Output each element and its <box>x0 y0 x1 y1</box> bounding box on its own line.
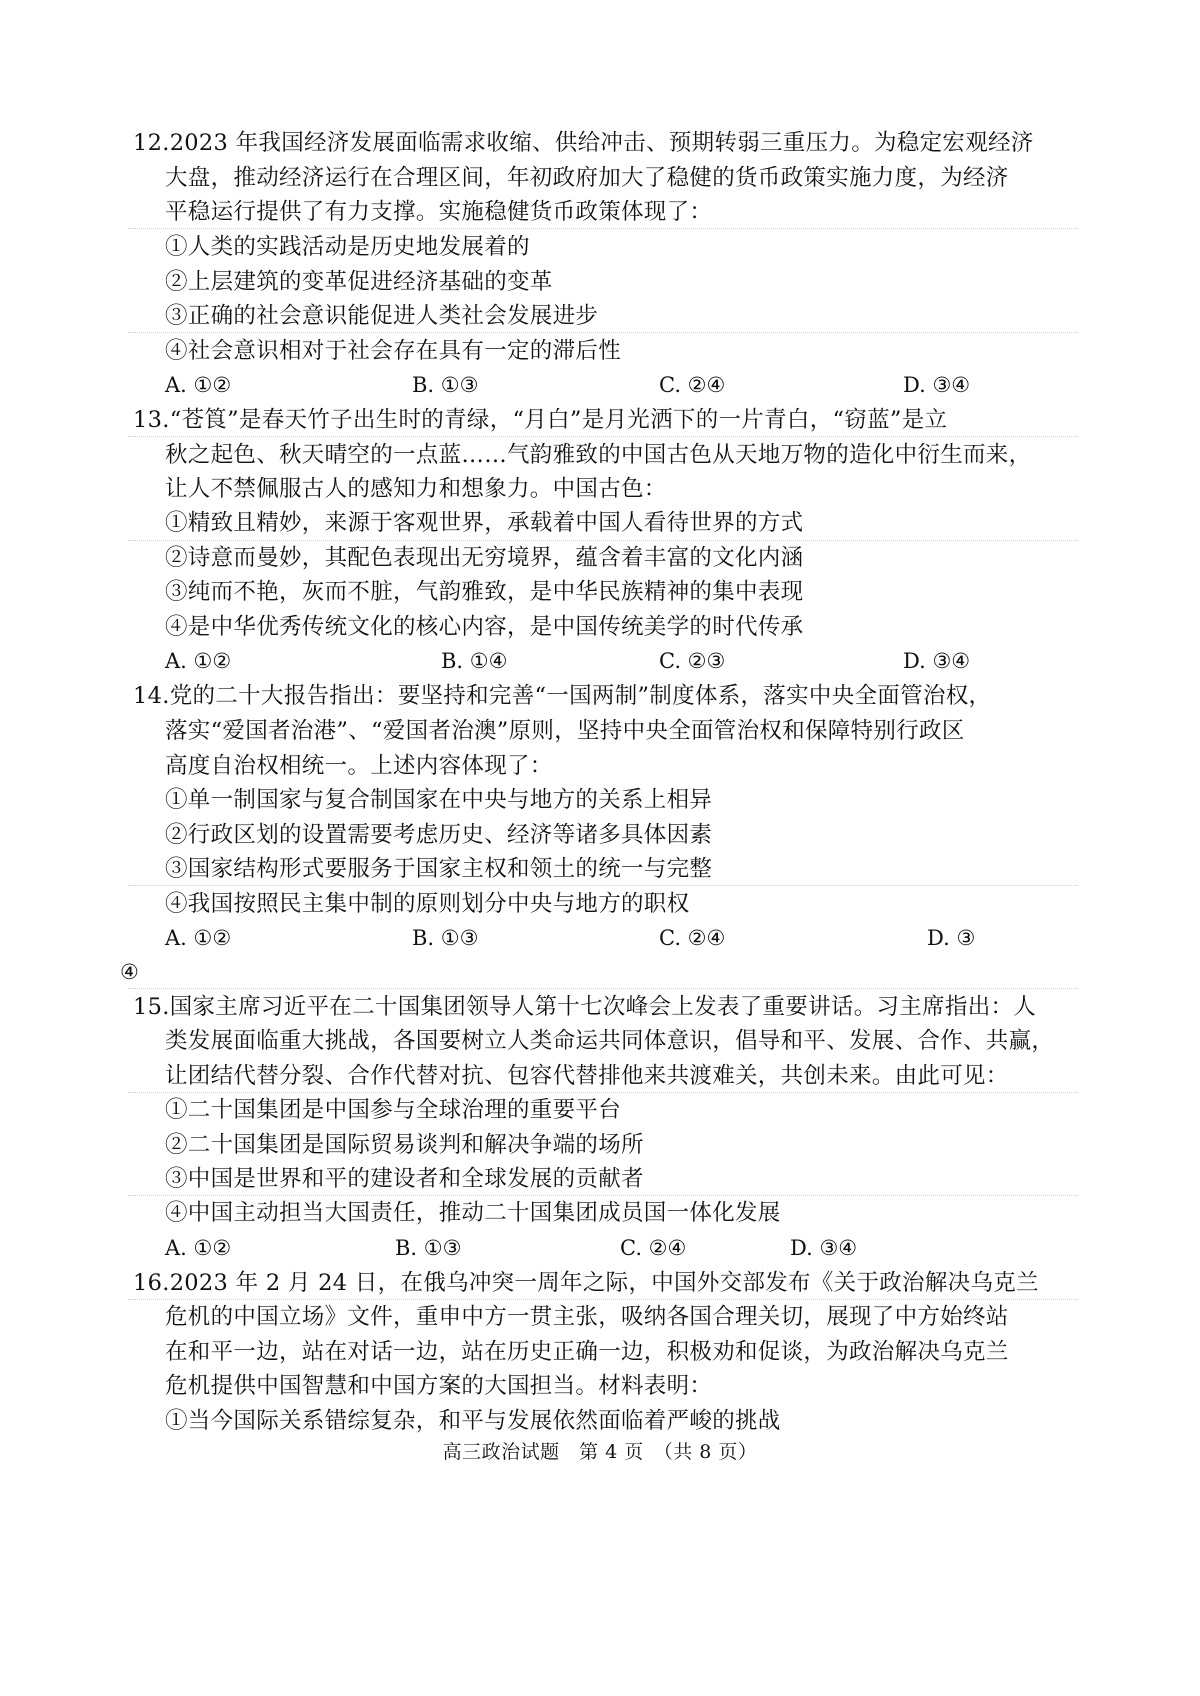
statement-4: ④是中华优秀传统文化的核心内容，是中国传统美学的时代传承 <box>165 612 803 642</box>
exam-page: 12.2023 年我国经济发展面临需求收缩、供给冲击、预期转弱三重压力。为稳定宏… <box>0 0 1200 1696</box>
choice-d[interactable]: D. ③④ <box>903 646 970 676</box>
statement-4: ④我国按照民主集中制的原则划分中央与地方的职权 <box>165 889 689 919</box>
statement-3: ③中国是世界和平的建设者和全球发展的贡献者 <box>165 1164 644 1194</box>
answer-choices: A. ①② B. ①③ C. ②④ D. ③④ <box>165 370 1075 400</box>
choice-a[interactable]: A. ①② <box>165 646 231 676</box>
statement-1: ①当今国际关系错综复杂，和平与发展依然面临着严峻的挑战 <box>165 1406 781 1436</box>
dotted-rule <box>128 988 1078 989</box>
question-16-stem-line-3: 在和平一边，站在对话一边，站在历史正确一边，积极劝和促谈，为政治解决乌克兰 <box>165 1337 1009 1367</box>
question-number: 15. <box>133 994 170 1020</box>
choice-c[interactable]: C. ②④ <box>620 1233 686 1263</box>
statement-1: ①二十国集团是中国参与全球治理的重要平台 <box>165 1095 621 1125</box>
choice-c[interactable]: C. ②③ <box>659 646 725 676</box>
question-12-stem-line-2: 大盘，推动经济运行在合理区间，年初政府加大了稳健的货币政策实施力度，为经济 <box>165 163 1009 193</box>
question-12-stem-line-1: 12.2023 年我国经济发展面临需求收缩、供给冲击、预期转弱三重压力。为稳定宏… <box>133 128 1034 158</box>
question-15-stem-line-3: 让团结代替分裂、合作代替对抗、包容代替排他来共渡难关，共创未来。由此可见： <box>165 1061 1009 1091</box>
answer-choices: A. ①② B. ①③ C. ②④ D. ③ <box>165 923 1075 953</box>
choice-a[interactable]: A. ①② <box>165 923 231 953</box>
statement-1: ①人类的实践活动是历史地发展着的 <box>165 232 530 262</box>
question-number: 13. <box>133 407 170 433</box>
choice-d-wrap: ④ <box>120 957 139 987</box>
question-16-stem-line-4: 危机提供中国智慧和中国方案的大国担当。材料表明： <box>165 1371 712 1401</box>
dotted-rule <box>128 540 1078 541</box>
dotted-rule <box>128 228 1078 229</box>
question-15-stem-line-2: 类发展面临重大挑战，各国要树立人类命运共同体意识，倡导和平、发展、合作、共赢， <box>165 1026 1054 1056</box>
question-number: 12. <box>133 130 170 156</box>
choice-c[interactable]: C. ②④ <box>659 923 725 953</box>
dotted-rule <box>128 1195 1078 1196</box>
statement-3: ③国家结构形式要服务于国家主权和领土的统一与完整 <box>165 854 712 884</box>
question-16-stem-line-2: 危机的中国立场》文件，重申中方一贯主张，吸纳各国合理关切，展现了中方始终站 <box>165 1302 1009 1332</box>
statement-3: ③正确的社会意识能促进人类社会发展进步 <box>165 301 598 331</box>
choice-d[interactable]: D. ③④ <box>903 370 970 400</box>
choice-a[interactable]: A. ①② <box>165 1233 231 1263</box>
choice-c[interactable]: C. ②④ <box>659 370 725 400</box>
question-13-stem-line-1: 13.“苍筤”是春天竹子出生时的青绿，“月白”是月光洒下的一片青白，“窃蓝”是立 <box>133 405 947 435</box>
question-13-stem-line-3: 让人不禁佩服古人的感知力和想象力。中国古色： <box>165 474 667 504</box>
statement-4: ④中国主动担当大国责任，推动二十国集团成员国一体化发展 <box>165 1198 781 1228</box>
question-number: 14. <box>133 683 170 709</box>
choice-b[interactable]: B. ①④ <box>441 646 507 676</box>
statement-1: ①单一制国家与复合制国家在中央与地方的关系上相异 <box>165 785 712 815</box>
choice-b[interactable]: B. ①③ <box>412 923 478 953</box>
statement-2: ②诗意而曼妙，其配色表现出无穷境界，蕴含着丰富的文化内涵 <box>165 543 803 573</box>
statement-3: ③纯而不艳，灰而不脏，气韵雅致，是中华民族精神的集中表现 <box>165 577 803 607</box>
dotted-rule <box>128 332 1078 333</box>
question-16-stem-line-1: 16.2023 年 2 月 24 日，在俄乌冲突一周年之际，中国外交部发布《关于… <box>133 1268 1039 1298</box>
question-15-stem-line-1: 15.国家主席习近平在二十国集团领导人第十七次峰会上发表了重要讲话。习主席指出：… <box>133 992 1036 1022</box>
question-14-stem-line-2: 落实“爱国者治港”、“爱国者治澳”原则，坚持中央全面管治权和保障特别行政区 <box>165 716 965 746</box>
question-number: 16. <box>133 1270 170 1296</box>
dotted-rule <box>128 1299 1078 1300</box>
statement-4: ④社会意识相对于社会存在具有一定的滞后性 <box>165 336 621 366</box>
statement-2: ②二十国集团是国际贸易谈判和解决争端的场所 <box>165 1130 644 1160</box>
statement-2: ②上层建筑的变革促进经济基础的变革 <box>165 267 553 297</box>
choice-d[interactable]: D. ③ <box>927 923 975 953</box>
choice-d[interactable]: D. ③④ <box>790 1233 857 1263</box>
statement-1: ①精致且精妙，来源于客观世界，承载着中国人看待世界的方式 <box>165 508 803 538</box>
statement-2: ②行政区划的设置需要考虑历史、经济等诸多具体因素 <box>165 820 712 850</box>
question-12-stem-line-3: 平稳运行提供了有力支撑。实施稳健货币政策体现了： <box>165 197 712 227</box>
dotted-rule <box>128 1092 1078 1093</box>
choice-a[interactable]: A. ①② <box>165 370 231 400</box>
question-13-stem-line-2: 秋之起色、秋天晴空的一点蓝……气韵雅致的中国古色从天地万物的造化中衍生而来， <box>165 440 1031 470</box>
dotted-rule <box>128 885 1078 886</box>
page-footer: 高三政治试题 第 4 页 （共 8 页） <box>0 1437 1200 1464</box>
question-14-stem-line-1: 14.党的二十大报告指出：要坚持和完善“一国两制”制度体系，落实中央全面管治权， <box>133 681 991 711</box>
question-14-stem-line-3: 高度自治权相统一。上述内容体现了： <box>165 751 553 781</box>
choice-b[interactable]: B. ①③ <box>395 1233 461 1263</box>
choice-b[interactable]: B. ①③ <box>412 370 478 400</box>
answer-choices: A. ①② B. ①③ C. ②④ D. ③④ <box>165 1233 1075 1263</box>
dotted-rule <box>128 436 1078 437</box>
answer-choices: A. ①② B. ①④ C. ②③ D. ③④ <box>165 646 1075 676</box>
